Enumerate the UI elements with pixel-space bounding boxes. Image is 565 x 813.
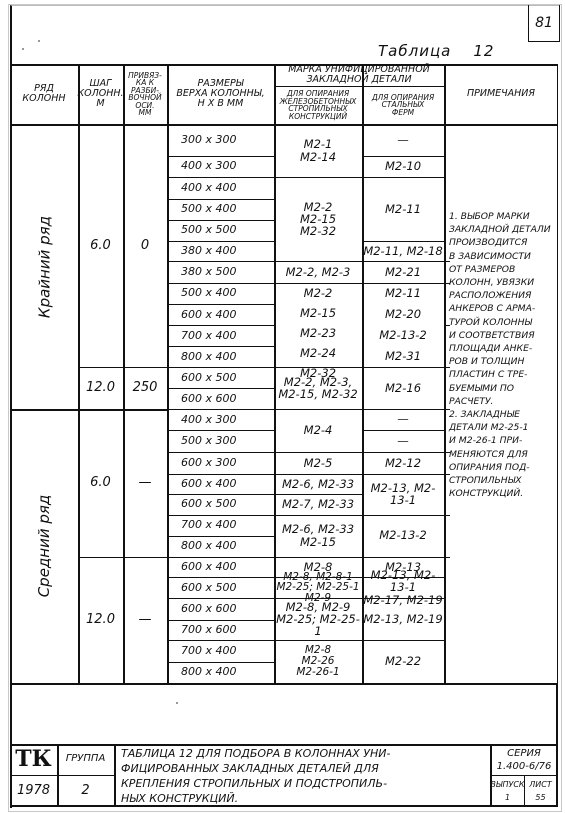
mark-steel-empty: — (362, 409, 444, 430)
mark-rc-cell: М2-8М2-26М2-26-1 (274, 640, 362, 683)
step-value: 12.0 (78, 557, 123, 684)
size-cell: 500 x 400 (167, 199, 274, 220)
mark-rc-cell: М2-6, М2-33М2-15 (274, 515, 362, 557)
size-cell: 380 x 500 (167, 261, 274, 283)
size-cell: 600 x 500 (167, 494, 274, 515)
mark-steel-empty: — (362, 430, 444, 452)
drawing-description: Таблица 12 для подбора в колоннах уни-фи… (115, 744, 490, 806)
mark-rc-cell: М2-2М2-15М2-32 (274, 177, 362, 261)
mark-rc-cell: М2-6, М2-33 (274, 474, 362, 495)
mark-steel-cell: М2-12 (362, 452, 444, 474)
size-cell: 600 x 400 (167, 474, 274, 495)
steel-mark-row-line (362, 283, 444, 284)
scan-speck (22, 48, 24, 50)
size-cell: 700 x 400 (167, 325, 274, 346)
mark-rc-cell: М2-2, М2-3 (274, 261, 362, 283)
notes-text: 1. Выбор маркизакладной деталипроизводит… (449, 210, 557, 500)
series-info: Серия1.400-6/76 (491, 744, 557, 775)
size-cell: 600 x 300 (167, 452, 274, 474)
mark-steel-cell: М2-13, М2-13-1М2-17, М2-19 (362, 577, 444, 598)
row-group-label: Средний ряд (35, 409, 53, 683)
size-cell: 800 x 400 (167, 536, 274, 557)
mark-steel-cell: М2-13-2 (362, 515, 444, 557)
mark-steel-cell: М2-21 (362, 261, 444, 283)
binding-value: 250 (123, 367, 167, 409)
size-cell: 500 x 300 (167, 430, 274, 452)
size-cell: 400 x 300 (167, 156, 274, 178)
mark-rc-cell: М2-2М2-15М2-23М2-24М2-32 (274, 283, 362, 368)
size-cell: 800 x 400 (167, 662, 274, 684)
size-cell: 700 x 600 (167, 620, 274, 641)
mark-rc-cell: М2-2, М2-3,М2-15, М2-32 (274, 367, 362, 409)
size-cell: 600 x 400 (167, 557, 274, 578)
column-line (123, 64, 125, 683)
mark-steel-cell: М2-11 (362, 283, 444, 305)
step-value: 12.0 (78, 367, 123, 409)
sheet-info: Лист55 (524, 775, 557, 806)
size-cell: 700 x 400 (167, 515, 274, 537)
size-cell: 400 x 300 (167, 409, 274, 430)
brand-logo: ТК (10, 744, 57, 775)
mark-rc-cell: М2-5 (274, 452, 362, 474)
mark-steel-cell: М2-13, М2-19 (362, 598, 444, 640)
mark-steel-empty: — (362, 124, 444, 156)
header-row-columns: Рядколонн (10, 64, 78, 124)
scan-speck (38, 40, 40, 42)
year-value: 1978 (10, 775, 57, 806)
issue-info: Выпуск1 (491, 775, 524, 806)
size-cell: 800 x 400 (167, 346, 274, 367)
table-caption-number: 12 (473, 42, 494, 60)
binding-value: — (123, 557, 167, 684)
mark-rc-cell: М2-8, М2-8-1М2-25; М2-25-1М2-9 (274, 577, 362, 598)
column-line (274, 64, 276, 683)
table-caption: Таблица12 (378, 42, 494, 60)
sheet-right-border (556, 683, 558, 745)
mark-steel-cell: М2-10 (362, 156, 444, 178)
mark-steel-cell: М2-31 (362, 346, 444, 367)
mark-steel-cell: М2-20 (362, 304, 444, 325)
mark-steel-cell: М2-11 (362, 177, 444, 241)
group-label: Группа (57, 744, 114, 775)
size-cell: 500 x 400 (167, 283, 274, 305)
size-cell: 700 x 400 (167, 640, 274, 662)
mark-steel-cell: М2-11, М2-18 (362, 241, 444, 262)
header-mark-steel: Для опираниястальныхферм (362, 86, 444, 124)
column-line (78, 64, 80, 683)
mark-steel-cell: М2-16 (362, 367, 444, 409)
column-line (444, 64, 446, 683)
header-mark-group: Марка унифицированнойзакладной детали (274, 64, 444, 86)
mark-steel-cell: М2-22 (362, 640, 444, 683)
binding-value: 0 (123, 124, 167, 367)
title-block: ТКГруппа19782Таблица 12 для подбора в ко… (10, 744, 558, 807)
size-cell: 600 x 600 (167, 598, 274, 620)
size-cell: 600 x 500 (167, 577, 274, 598)
column-line (362, 64, 364, 683)
header-step: Шагколонн.m (78, 64, 123, 124)
header-notes: Примечания (444, 64, 558, 124)
size-cell: 500 x 500 (167, 220, 274, 241)
step-value: 6.0 (78, 124, 123, 367)
notes-tick (444, 557, 450, 558)
mark-rc-cell: М2-7, М2-33 (274, 494, 362, 515)
size-cell: 600 x 600 (167, 388, 274, 409)
size-cell: 600 x 400 (167, 304, 274, 325)
header-binding: Привяз-ка кразби-вочнойоси.мм (123, 64, 167, 124)
table-bottom-border (10, 683, 558, 685)
size-cell: 600 x 500 (167, 367, 274, 388)
step-value: 6.0 (78, 409, 123, 557)
table-caption-label: Таблица (378, 42, 451, 60)
notes-tick (444, 515, 450, 516)
header-mark-rc: Для опиранияжелезобетонныхстропильныхкон… (274, 86, 362, 124)
binding-value: — (123, 409, 167, 557)
mark-rc-cell: М2-8, М2-9М2-25; М2-25-1 (274, 598, 362, 640)
size-cell: 380 x 400 (167, 241, 274, 262)
page-number: 81 (528, 5, 560, 42)
mark-steel-cell: М2-13, М2-13-1 (362, 474, 444, 515)
mark-rc-cell: М2-4 (274, 409, 362, 452)
column-line (167, 64, 169, 683)
scan-speck (176, 702, 178, 704)
mark-steel-cell: М2-13-2 (362, 325, 444, 346)
size-cell: 300 x 300 (167, 124, 274, 156)
row-group-label: Крайний ряд (35, 124, 53, 409)
size-cell: 400 x 400 (167, 177, 274, 199)
group-value: 2 (57, 775, 114, 806)
header-size: Размерыверха колонны,h x в мм (167, 64, 274, 124)
mark-rc-cell: М2-1М2-14 (274, 124, 362, 177)
